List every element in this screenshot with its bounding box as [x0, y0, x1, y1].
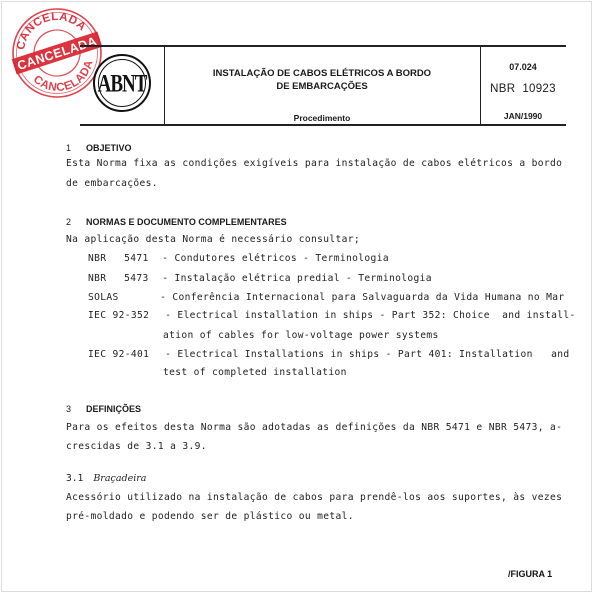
classification-code: 07.024 [480, 62, 566, 72]
paragraph-line: Na aplicação desta Norma é necessário co… [66, 234, 360, 245]
section-heading-objetivo: 1OBJETIVO [66, 143, 132, 153]
reference-continuation: test of completed installation [163, 367, 347, 378]
paragraph-line: pré-moldado e podendo ser de plástico ou… [66, 511, 354, 522]
paragraph-line: de embarcações. [66, 178, 158, 189]
document-header: ABNT INSTALAÇÃO DE CABOS ELÉTRICOS A BOR… [80, 45, 566, 126]
norm-number: NBR 10923 [480, 83, 566, 95]
section-heading-normas: 2NORMAS E DOCUMENTO COMPLEMENTARES [66, 217, 287, 227]
paragraph-line: Esta Norma fixa as condições exigíveis p… [66, 158, 562, 169]
reference-item: NBR 5473 - Instalação elétrica predial -… [88, 273, 432, 284]
title-line-1: INSTALAÇÃO DE CABOS ELÉTRICOS A BORDO [164, 67, 480, 80]
abnt-logo: ABNT [93, 54, 151, 112]
section-heading-definicoes: 3DEFINIÇÕES [66, 404, 141, 414]
reference-continuation: ation of cables for low-voltage power sy… [163, 330, 439, 341]
reference-item: IEC 92-401 - Electrical Installations in… [88, 349, 569, 360]
reference-item: IEC 92-352 - Electrical installation in … [88, 310, 576, 321]
abnt-logo-text: ABNT [95, 70, 149, 100]
paragraph-line: Acessório utilizado na instalação de cab… [66, 492, 562, 503]
subsection-heading-bracadeira: 3.1Braçadeira [66, 473, 146, 484]
paragraph-line: crescidas de 3.1 a 3.9. [66, 441, 207, 452]
document-title: INSTALAÇÃO DE CABOS ELÉTRICOS A BORDO DE… [164, 67, 480, 93]
reference-item: NBR 5471 - Condutores elétricos - Termin… [88, 253, 389, 264]
document-type: Procedimento [164, 113, 480, 123]
title-line-2: DE EMBARCAÇÕES [164, 80, 480, 93]
continuation-marker: /FIGURA 1 [508, 569, 552, 579]
reference-item: SOLAS - Conferência Internacional para S… [88, 292, 564, 303]
document-date: JAN/1990 [480, 111, 566, 121]
paragraph-line: Para os efeitos desta Norma são adotadas… [66, 422, 562, 433]
